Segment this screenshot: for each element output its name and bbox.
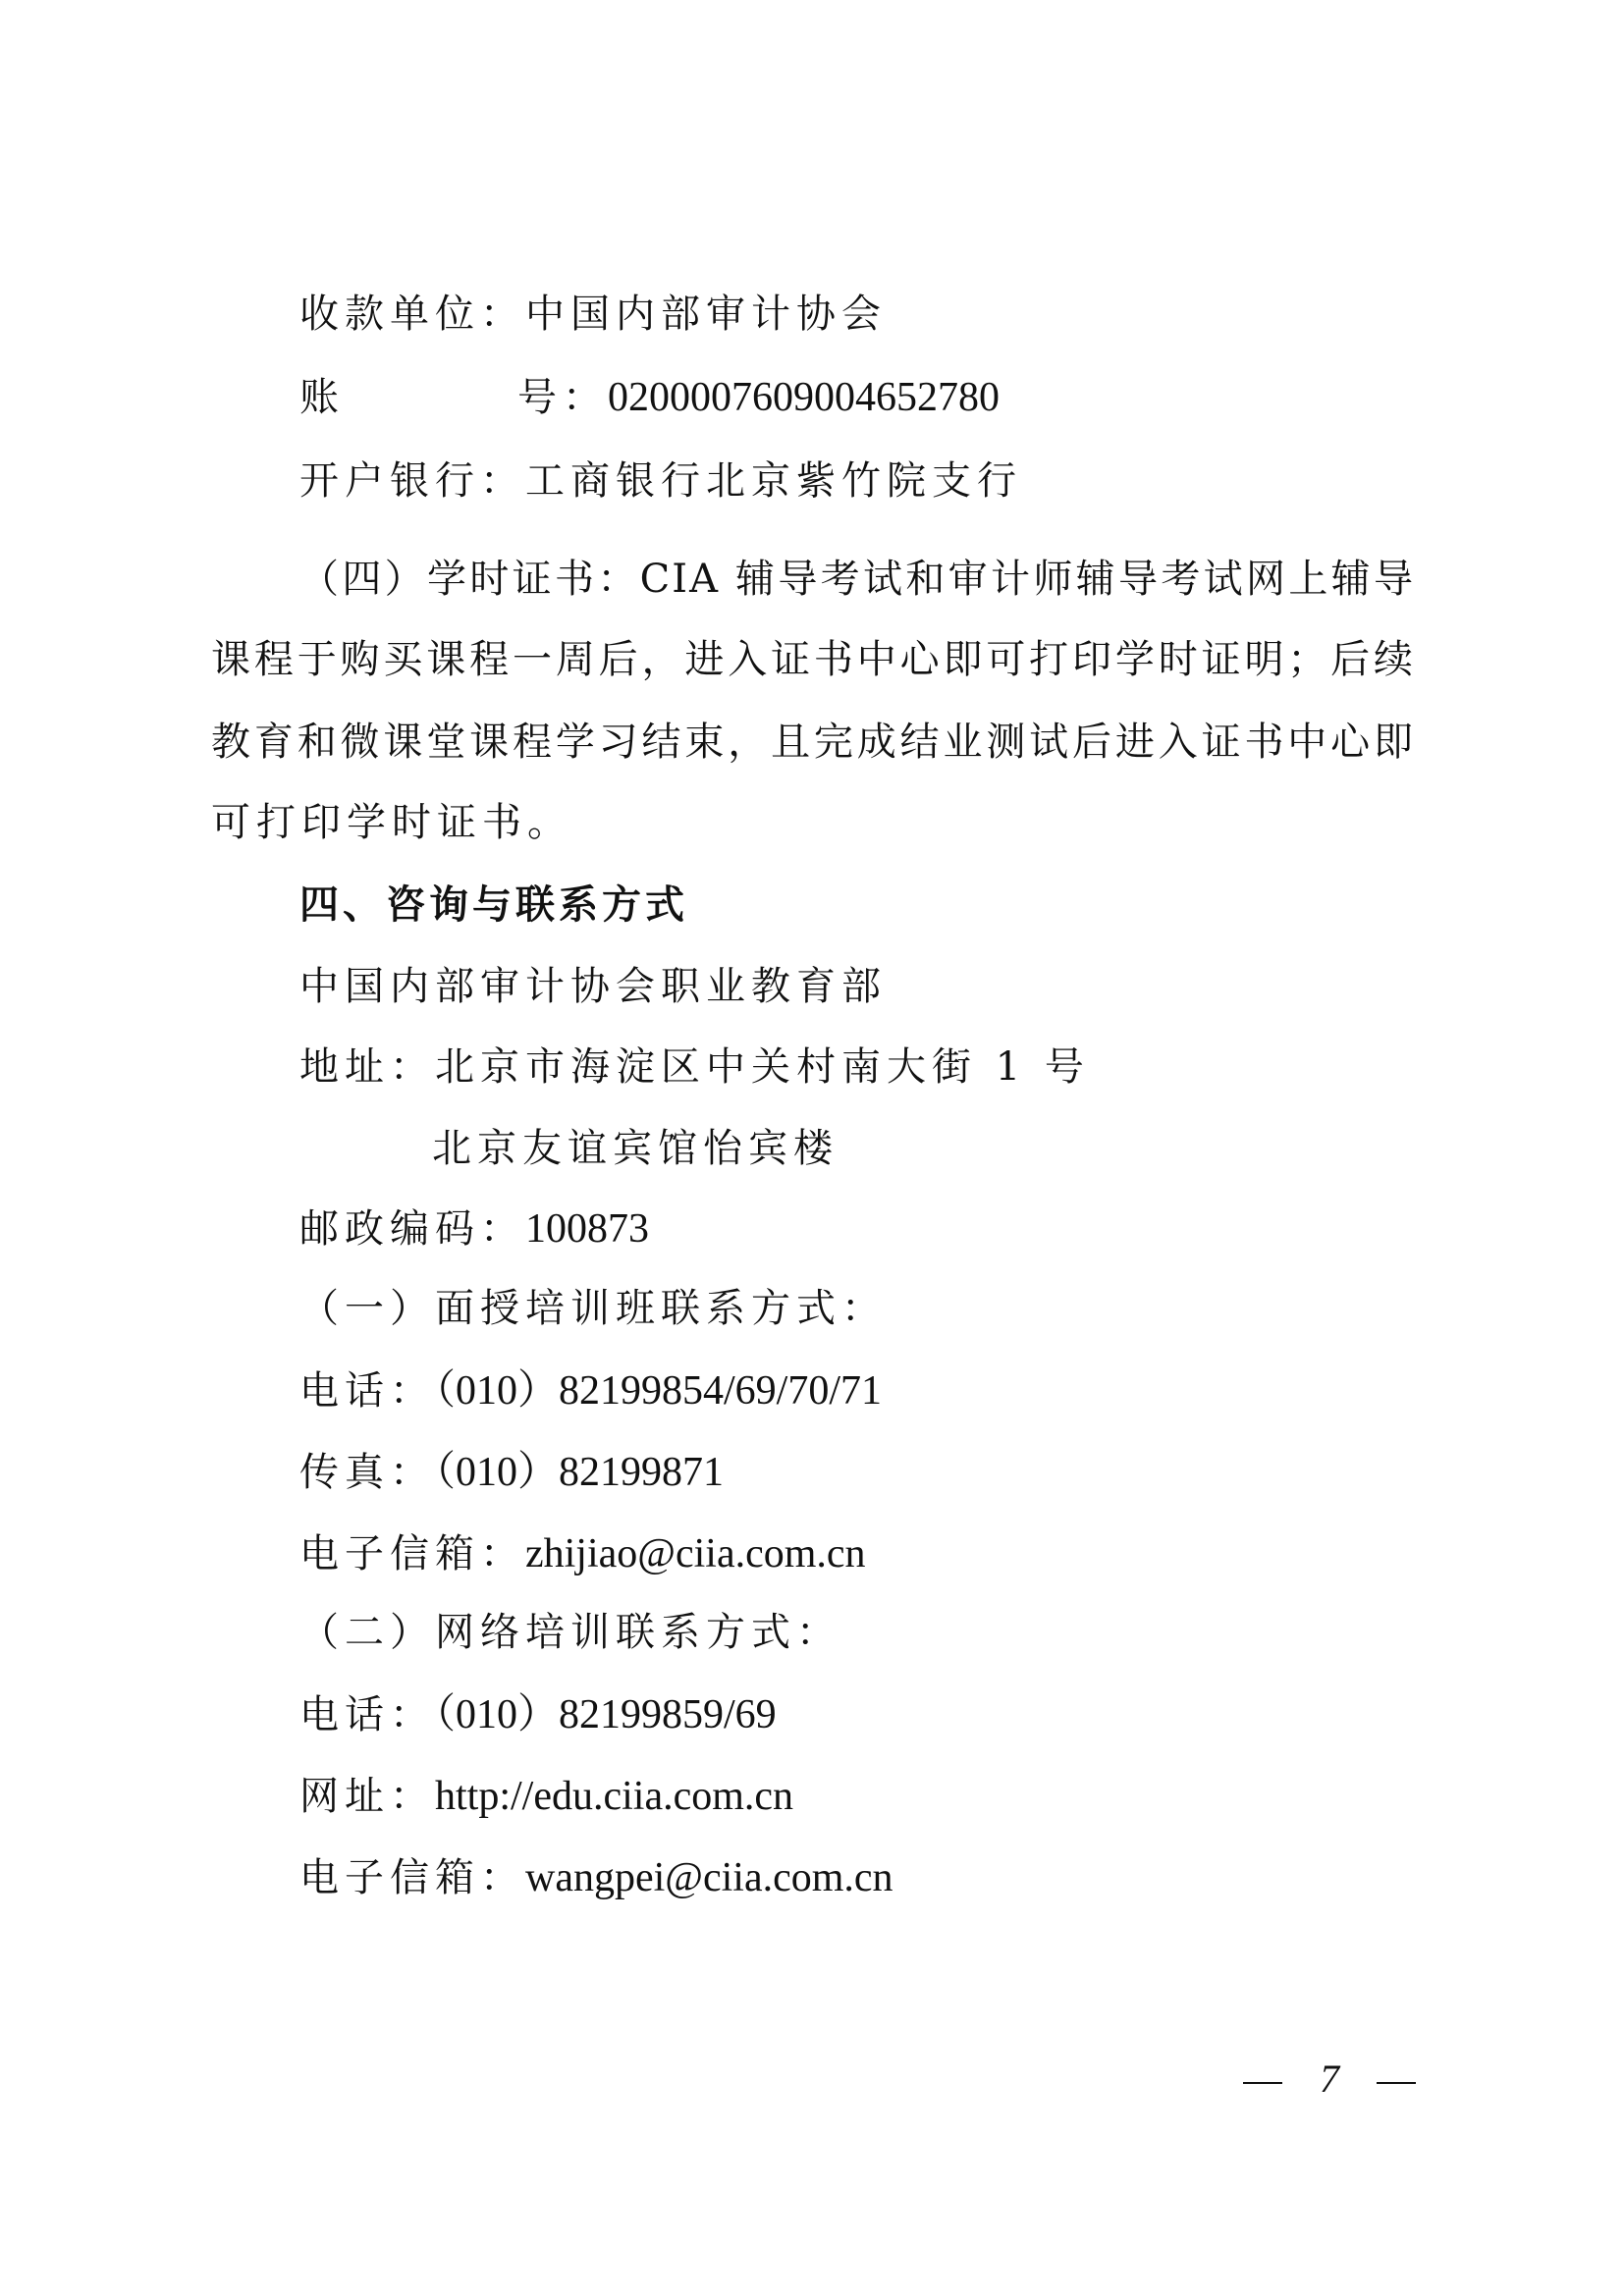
account-row: 账号：0200007609004652780 — [299, 373, 1000, 422]
certificate-line-1: （四）学时证书：CIA 辅导考试和审计师辅导考试网上辅导 — [299, 555, 1415, 604]
face-to-face-fax-row: 传真：（010）82199871 — [299, 1448, 724, 1497]
online-title: （二）网络培训联系方式： — [299, 1608, 841, 1657]
url-label: 网址： — [299, 1774, 435, 1819]
org-name: 中国内部审计协会职业教育部 — [299, 962, 887, 1011]
fax-value: （010）82199871 — [435, 1450, 724, 1495]
payee-row: 收款单位：中国内部审计协会 — [299, 290, 887, 339]
account-value: 0200007609004652780 — [608, 375, 1000, 420]
page-number: 7 — [1206, 2055, 1453, 2104]
certificate-line-3: 教育和微课堂课程学习结束，且完成结业测试后进入证书中心即 — [211, 718, 1415, 767]
postcode-row: 邮政编码：100873 — [299, 1204, 649, 1254]
email-link[interactable]: zhijiao@ciia.com.cn — [525, 1531, 866, 1576]
payee-value: 中国内部审计协会 — [525, 292, 887, 337]
phone-label: 电话： — [299, 1692, 435, 1737]
bank-label: 开户银行： — [299, 458, 525, 504]
account-label-end: 号： — [517, 375, 608, 420]
postcode-label: 邮政编码： — [299, 1206, 525, 1252]
address-line-1: 北京市海淀区中关村南大街 1 号 — [435, 1044, 1090, 1090]
account-label-start: 账 — [299, 375, 345, 420]
certificate-line-2: 课程于购买课程一周后，进入证书中心即可打印学时证明；后续 — [211, 635, 1415, 684]
face-to-face-email-row: 电子信箱：zhijiao@ciia.com.cn — [299, 1529, 866, 1578]
dash-right — [1377, 2082, 1416, 2084]
postcode-value: 100873 — [525, 1206, 649, 1252]
fax-label: 传真： — [299, 1450, 435, 1495]
dash-left — [1243, 2082, 1282, 2084]
address-label: 地址： — [299, 1044, 435, 1090]
bank-row: 开户银行：工商银行北京紫竹院支行 — [299, 456, 1022, 506]
email-label: 电子信箱： — [299, 1855, 525, 1900]
certificate-line-4: 可打印学时证书。 — [211, 798, 572, 847]
online-url-row: 网址：http://edu.ciia.com.cn — [299, 1772, 793, 1821]
online-phone-row: 电话：（010）82199859/69 — [299, 1690, 777, 1739]
email-link[interactable]: wangpei@ciia.com.cn — [525, 1855, 893, 1900]
payee-label: 收款单位： — [299, 292, 525, 337]
phone-value: （010）82199854/69/70/71 — [435, 1368, 882, 1414]
phone-label: 电话： — [299, 1368, 435, 1414]
email-label: 电子信箱： — [299, 1531, 525, 1576]
address-line-2: 北京友谊宾馆怡宾楼 — [432, 1124, 839, 1173]
website-link[interactable]: http://edu.ciia.com.cn — [435, 1774, 793, 1819]
face-to-face-title: （一）面授培训班联系方式： — [299, 1284, 887, 1333]
address-row: 地址：北京市海淀区中关村南大街 1 号 — [299, 1042, 1090, 1092]
bank-value: 工商银行北京紫竹院支行 — [525, 458, 1022, 504]
section-heading: 四、咨询与联系方式 — [299, 881, 688, 930]
online-email-row: 电子信箱：wangpei@ciia.com.cn — [299, 1853, 893, 1902]
phone-value: （010）82199859/69 — [435, 1692, 777, 1737]
face-to-face-phone-row: 电话：（010）82199854/69/70/71 — [299, 1366, 882, 1415]
page-number-value: 7 — [1320, 2056, 1339, 2101]
